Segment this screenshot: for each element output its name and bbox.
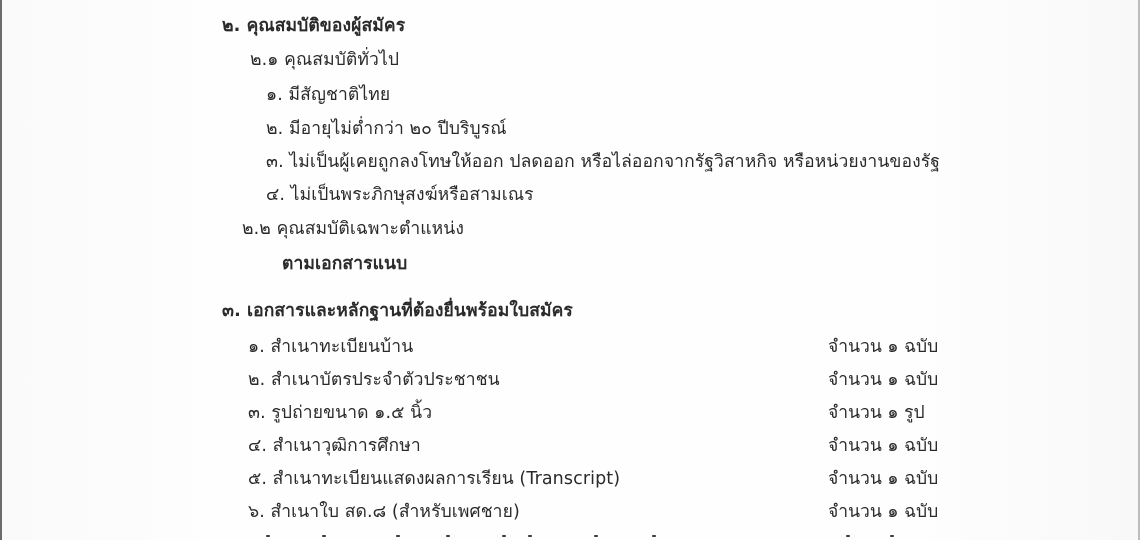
section-2-1-heading: ๒.๑ คุณสมบัติทั่วไป xyxy=(250,48,399,72)
document-label: ๕. สำเนาทะเบียนแสดงผลการเรียน (Transcrip… xyxy=(248,467,620,491)
scanned-document-page: ๒. คุณสมบัติของผู้สมัคร ๒.๑ คุณสมบัติทั่… xyxy=(0,0,1140,540)
document-quantity: จำนวน ๑ ฉบับ xyxy=(828,368,938,392)
general-qualification-item: ๔. ไม่เป็นพระภิกษุสงฆ์หรือสามเณร xyxy=(266,183,534,207)
page-left-edge xyxy=(0,0,2,540)
section-2-2-heading: ๒.๒ คุณสมบัติเฉพาะตำแหน่ง xyxy=(242,217,464,241)
document-label: ๔. สำเนาวุฒิการศึกษา xyxy=(248,434,421,458)
specific-qualification-note: ตามเอกสารแนบ xyxy=(282,252,407,276)
document-label: ๑. สำเนาทะเบียนบ้าน xyxy=(248,335,413,359)
document-quantity: จำนวน ๑ ฉบับ xyxy=(828,335,938,359)
section-3-heading: ๓. เอกสารและหลักฐานที่ต้องยื่นพร้อมใบสมั… xyxy=(222,299,573,323)
general-qualification-item: ๓. ไม่เป็นผู้เคยถูกลงโทษให้ออก ปลดออก หร… xyxy=(266,150,940,174)
general-qualification-item: ๒. มีอายุไม่ต่ำกว่า ๒๐ ปีบริบูรณ์ xyxy=(266,117,507,141)
document-label: ๒. สำเนาบัตรประจำตัวประชาชน xyxy=(248,368,500,392)
general-qualification-item: ๑. มีสัญชาติไทย xyxy=(266,83,390,107)
cut-off-line xyxy=(248,532,1028,540)
document-quantity: จำนวน ๑ ฉบับ xyxy=(828,467,938,491)
document-label: ๓. รูปถ่ายขนาด ๑.๕ นิ้ว xyxy=(248,401,432,425)
document-quantity: จำนวน ๑ รูป xyxy=(828,401,925,425)
document-quantity: จำนวน ๑ ฉบับ xyxy=(828,500,938,524)
document-label: ๖. สำเนาใบ สด.๘ (สำหรับเพศชาย) xyxy=(248,500,520,524)
document-quantity: จำนวน ๑ ฉบับ xyxy=(828,434,938,458)
section-2-heading: ๒. คุณสมบัติของผู้สมัคร xyxy=(222,14,405,38)
